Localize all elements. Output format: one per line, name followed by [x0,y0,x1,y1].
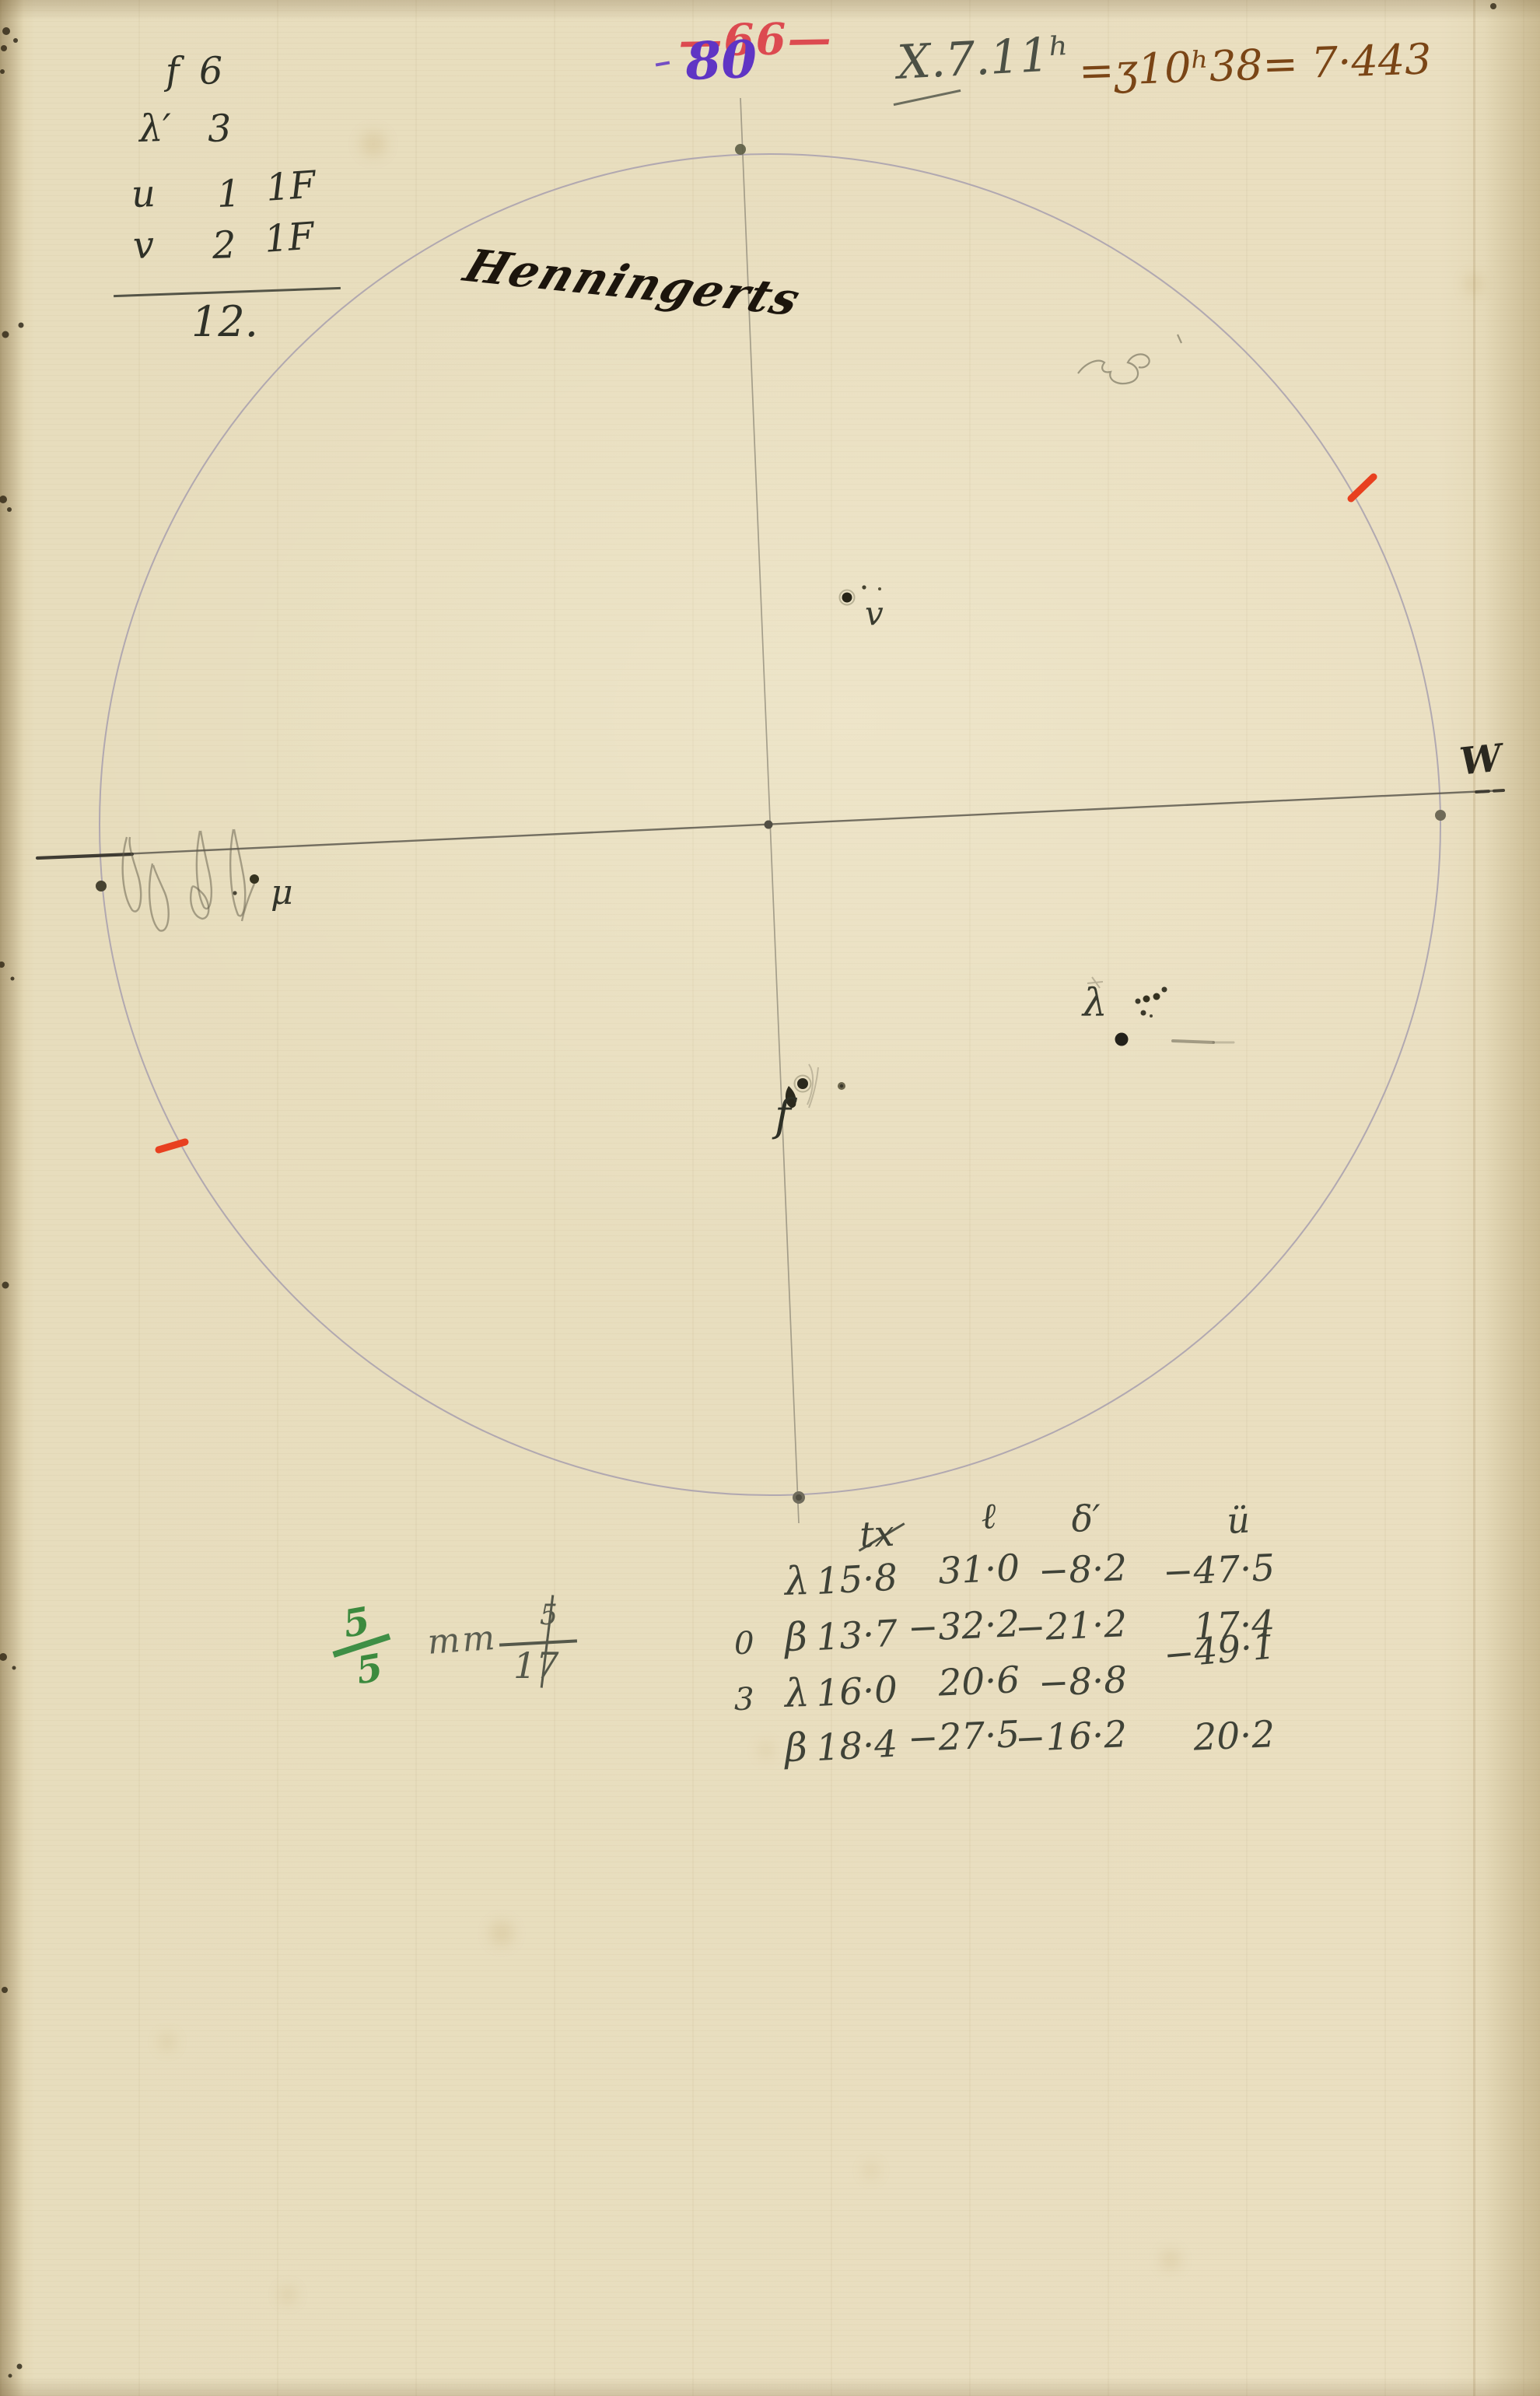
measurement-value: 20·2 [1134,1713,1276,1762]
tally-flag: 1F [263,215,316,261]
tally-symbol: f [165,49,180,93]
disk-top-dot [735,144,746,155]
tally-count: 1 [216,172,241,216]
page-number-blue: 80 [684,29,758,92]
disk-bottom-dot-core [796,1494,802,1501]
red-tick-upper-right [1351,477,1374,499]
tally-symbol: v [132,223,155,268]
measurement-header: ℓ [980,1494,997,1537]
disk-left-edge-spot [96,881,107,891]
spot-label-mu: μ [271,873,293,913]
measurement-margin-note: 0 [734,1626,754,1662]
measurement-row-label: β [784,1614,808,1660]
spot-label-f: f [775,1091,791,1141]
measurement-value: −16·2 [986,1713,1128,1762]
horizontal-axis-left-tip [37,854,132,858]
scale-unit: mm [426,1618,499,1662]
sunspot-group-f [786,1064,845,1108]
west-label: W [1458,736,1503,783]
tally-flag: 1F [264,163,317,210]
horizontal-axis-right-tip [1476,790,1503,792]
tally-symbol: u [131,172,156,216]
paper-specks [0,3,1496,2378]
spot-label-lambda: λ [1083,980,1108,1025]
disk-center-dot [765,821,773,829]
measurement-header: ü [1226,1498,1251,1541]
scanned-observation-sheet: —66— 80 X.7.11ʰ =ʒ10ʰ38= 7·443 Henninger… [0,0,1540,2396]
disk-right-edge-dot [1435,810,1446,821]
pencil-scribble [1078,335,1181,384]
measurement-margin-note: 3 [734,1682,754,1718]
measurement-header: δ′ [1070,1497,1102,1540]
tally-symbol: λ′ [138,107,172,151]
tally-count: 2 [212,223,236,268]
measurement-row-label: λ [784,1558,810,1604]
tally-total: 12. [191,297,258,346]
measurement-row-label: λ [784,1670,810,1716]
measurement-value: −21·2 [986,1603,1128,1652]
solar-disk-drawing [0,0,1540,2396]
tally-count: 6 [198,49,223,93]
scale-note-pencil: 5 17 [499,1599,585,1701]
spot-label-v: v [865,594,884,632]
sunspot-group-lambda [1087,977,1234,1046]
green-denominator: 5 [353,1646,387,1694]
foxing-stains [159,131,1483,2303]
pencil-denominator: 17 [513,1645,559,1687]
observation-date: X.7.11ʰ [896,26,1071,89]
measurement-row-label: β [784,1725,808,1771]
tally-count: 3 [207,107,232,151]
measurement-value: −8·8 [986,1659,1128,1708]
measurement-value: −47·5 [1134,1547,1276,1596]
sunspot-group-mu [123,829,259,931]
measurement-value: −8·2 [986,1547,1128,1596]
red-tick-lower-left [159,1142,185,1150]
measurement-header: tx [859,1512,895,1556]
